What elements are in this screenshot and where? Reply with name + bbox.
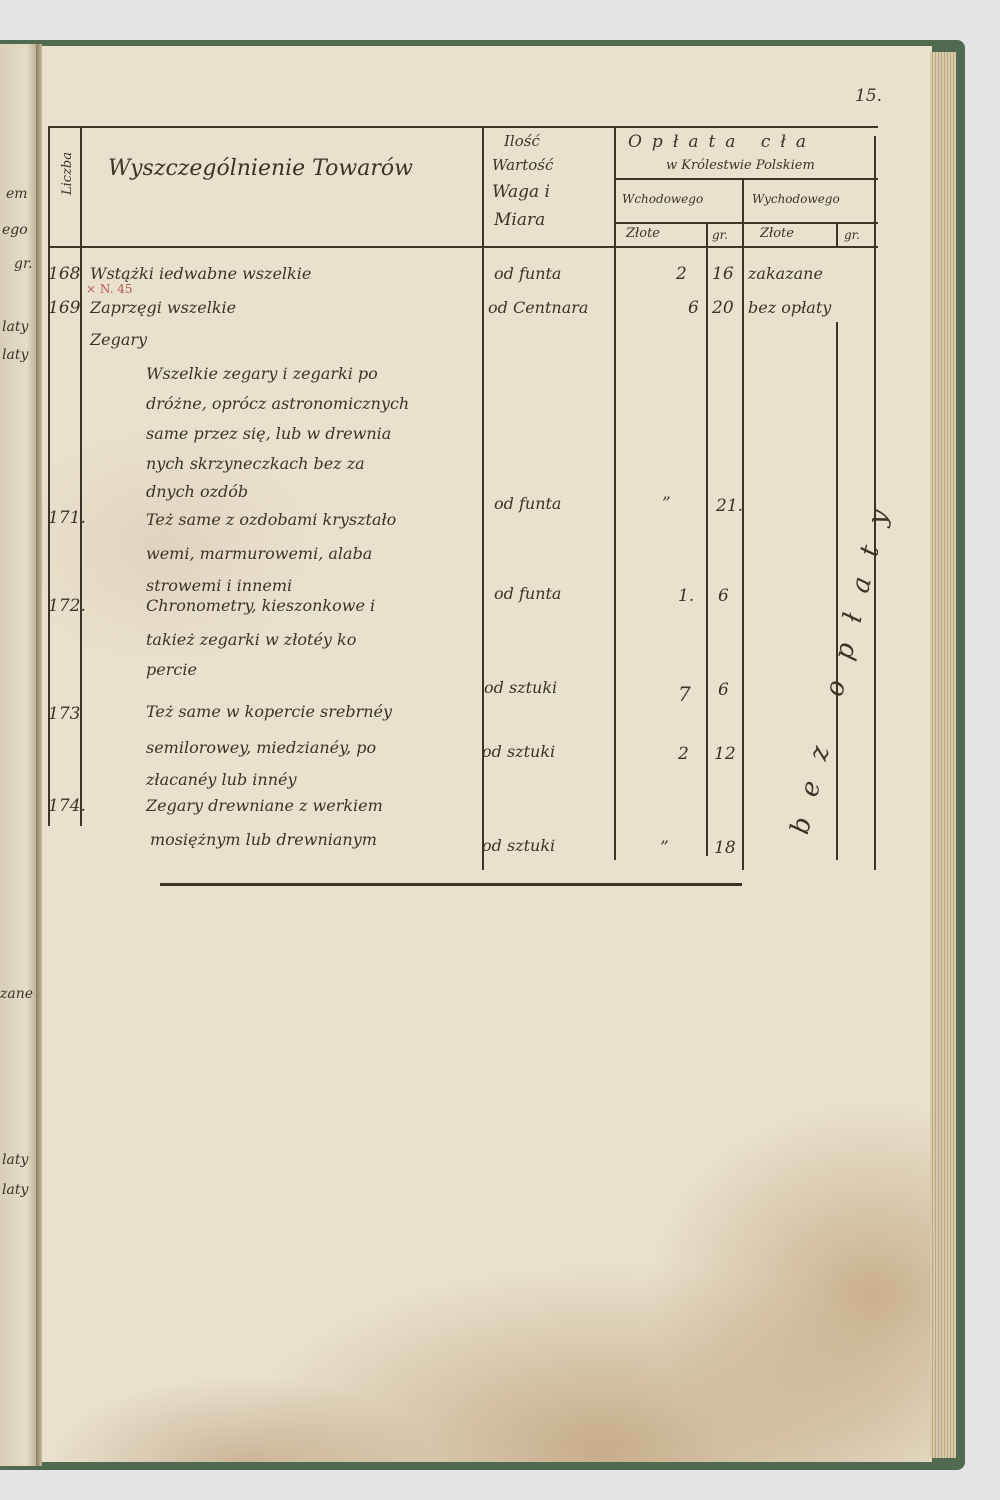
- row-description: Też same w kopercie srebrnéy: [146, 702, 392, 721]
- row-description: strowemi i innemi: [146, 576, 292, 595]
- header-measure-line: Waga i: [492, 182, 550, 202]
- row-import-grosz: 16: [712, 264, 734, 284]
- row-import-grosz: 6: [718, 586, 729, 606]
- duty-subheader-line: [616, 178, 878, 180]
- header-measure-line: Wartość: [492, 156, 553, 174]
- left-fragment: gr.: [14, 256, 33, 272]
- row-description: same przez się, lub w drewnia: [146, 424, 391, 443]
- left-fragment: laty: [2, 1152, 28, 1168]
- row-unit: od sztuki: [482, 836, 555, 855]
- row-description: Chronometry, kieszonkowe i: [146, 596, 375, 615]
- header-number: Liczba: [60, 152, 75, 195]
- row-export: zakazane: [748, 264, 823, 283]
- left-fragment: laty: [2, 319, 28, 335]
- table-top-border: [48, 126, 878, 128]
- row-number: 171.: [48, 508, 86, 528]
- col-border: [614, 126, 616, 860]
- header-import-zloty: Złote: [626, 226, 660, 241]
- row-description: dnych ozdób: [146, 482, 248, 501]
- export-vertical-note: bez opłaty: [775, 360, 835, 830]
- header-export: Wychodowego: [752, 192, 840, 206]
- red-annotation: × N. 45: [86, 282, 133, 296]
- header-import-grosz: gr.: [712, 228, 728, 242]
- row-description: Też same z ozdobami kryształo: [146, 510, 396, 529]
- header-export-grosz: gr.: [844, 228, 860, 242]
- row-description: Zegary drewniane z werkiem: [146, 796, 383, 815]
- row-unit: od Centnara: [488, 298, 588, 317]
- page-number: 15.: [855, 86, 882, 106]
- row-description: nych skrzyneczkach bez za: [146, 454, 365, 473]
- header-import: Wchodowego: [622, 192, 703, 206]
- header-measure-line: Miara: [494, 210, 545, 230]
- col-border: [742, 178, 744, 870]
- header-duty-subtitle: w Królestwie Polskiem: [666, 158, 815, 173]
- row-description: wemi, marmurowemi, alaba: [146, 544, 372, 563]
- header-measure-line: Ilość: [504, 132, 540, 150]
- row-unit: od sztuki: [482, 742, 555, 761]
- row-import-zloty: 1.: [678, 586, 694, 606]
- row-number: 172.: [48, 596, 86, 616]
- row-export: bez opłaty: [748, 298, 831, 317]
- row-import-grosz: 20: [712, 298, 734, 318]
- row-description: percie: [146, 660, 197, 679]
- row-import-grosz: 21.: [716, 496, 743, 516]
- row-description: takież zegarki w złotéy ko: [146, 630, 356, 649]
- page-edges: [930, 52, 956, 1458]
- left-fragment: laty: [2, 1182, 28, 1198]
- row-unit: od funta: [494, 584, 561, 603]
- row-description: Zaprzęgi wszelkie: [90, 298, 236, 317]
- left-fragment: laty: [2, 347, 28, 363]
- row-description: Wszelkie zegary i zegarki po: [146, 364, 378, 383]
- col-border: [836, 322, 838, 860]
- col-border: [706, 222, 708, 856]
- row-description: złacanéy lub innéy: [146, 770, 297, 789]
- row-unit: od sztuki: [484, 678, 557, 697]
- row-import-zloty: 6: [688, 298, 699, 318]
- row-unit: od funta: [494, 264, 561, 283]
- row-description: dróżne, oprócz astronomicznych: [146, 394, 409, 413]
- row-import-zloty: 7: [678, 682, 691, 706]
- row-description: Wstążki iedwabne wszelkie: [90, 264, 311, 283]
- row-number: 169: [48, 298, 80, 318]
- row-import-zloty: 2: [678, 744, 689, 764]
- header-bottom-border: [48, 246, 878, 248]
- currency-subheader-line: [616, 222, 878, 224]
- section-heading: Zegary: [90, 330, 147, 349]
- row-import-zloty: 2: [676, 264, 687, 284]
- col-border: [836, 222, 838, 246]
- header-description: Wyszczególnienie Towarów: [108, 156, 413, 181]
- left-page-edge: em ego gr. laty laty zane laty laty: [0, 44, 38, 1466]
- header-export-zloty: Złote: [760, 226, 794, 241]
- row-number: 168: [48, 264, 80, 284]
- tariff-table: Liczba Wyszczególnienie Towarów Ilość Wa…: [48, 126, 878, 870]
- left-fragment: zane: [0, 986, 33, 1002]
- closing-rule: [160, 883, 742, 886]
- row-unit: od funta: [494, 494, 561, 513]
- row-description: semilorowey, miedzianéy, po: [146, 738, 376, 757]
- row-number: 173: [48, 704, 80, 724]
- row-import-zloty: ”: [660, 838, 669, 858]
- row-import-grosz: 6: [718, 680, 729, 700]
- row-import-grosz: 18: [714, 838, 736, 858]
- row-import-grosz: 12: [714, 744, 736, 764]
- header-duty-title: Opłata cła: [628, 132, 816, 152]
- left-fragment: em: [6, 186, 28, 202]
- left-fragment: ego: [2, 222, 28, 238]
- row-description: mosiężnym lub drewnianym: [150, 830, 377, 849]
- row-number: 174.: [48, 796, 86, 816]
- row-import-zloty: ”: [662, 494, 671, 514]
